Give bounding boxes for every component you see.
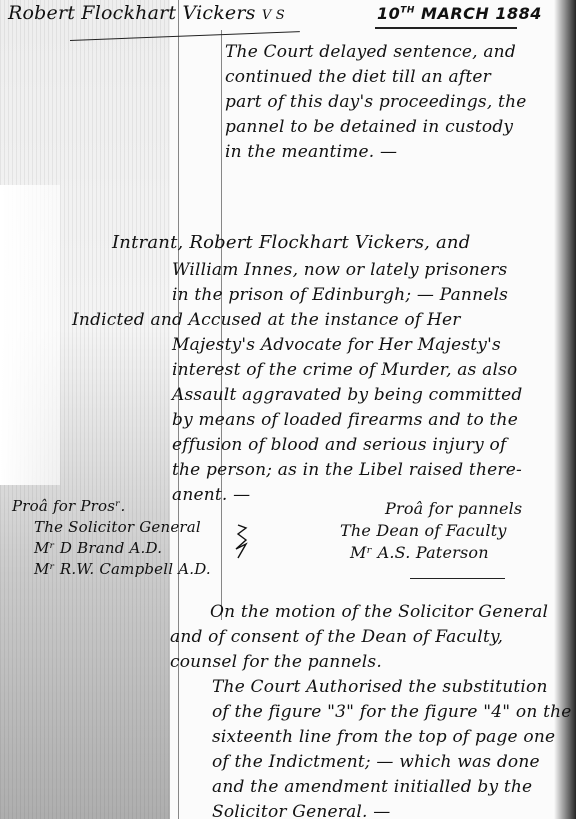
text-line: On the motion of the Solicitor General: [210, 600, 548, 625]
record-date: 10TH MARCH 1884: [377, 4, 542, 23]
date-month-year: MARCH 1884: [421, 4, 542, 23]
text-line: Intrant, Robert Flockhart Vickers, and: [112, 230, 470, 255]
paragraph-delay: The Court delayed sentence, and continue…: [225, 40, 527, 165]
text-line: in the meantime. —: [225, 140, 527, 165]
text-line: pannel to be detained in custody: [225, 115, 527, 140]
text-line: and the amendment initialled by the: [212, 775, 572, 800]
date-day: 10: [377, 4, 400, 23]
defence-heading: Proâ for pannels: [385, 498, 522, 520]
paragraph-indictment-intrant: Intrant, Robert Flockhart Vickers, and: [112, 230, 470, 255]
text-line: Assault aggravated by being committed: [172, 383, 523, 408]
paragraph-amendment: The Court Authorised the substitution of…: [212, 675, 572, 819]
scanned-court-record-page: Robert Flockhart Vickers V S 10TH MARCH …: [0, 0, 576, 819]
case-suffix: V S: [262, 8, 285, 23]
text-line: of the Indictment; — which was done: [212, 750, 572, 775]
text-line: interest of the crime of Murder, as also: [172, 358, 523, 383]
brace-mark-icon: [232, 522, 252, 562]
defence-counsel: Proâ for pannels The Dean of Faculty Mʳ …: [340, 498, 522, 564]
text-line: the person; as in the Libel raised there…: [172, 458, 523, 483]
date-underline: [375, 27, 517, 29]
text-line: counsel for the pannels.: [170, 650, 548, 675]
text-line: part of this day's proceedings, the: [225, 90, 527, 115]
text-line: by means of loaded firearms and to the: [172, 408, 523, 433]
counsel-name: Mʳ A.S. Paterson: [350, 542, 522, 564]
text-line: continued the diet till an after: [225, 65, 527, 90]
text-line: William Innes, now or lately prisoners: [172, 258, 523, 283]
text-line: Indicted and Accused at the instance of …: [72, 308, 523, 333]
text-line: effusion of blood and serious injury of: [172, 433, 523, 458]
counsel-name: The Dean of Faculty: [340, 520, 522, 542]
prosecution-counsel: Proâ for Prosʳ. The Solicitor General Mʳ…: [12, 496, 211, 580]
prosecution-heading: Proâ for Prosʳ.: [12, 496, 211, 517]
case-name: Robert Flockhart Vickers: [8, 2, 256, 24]
paragraph-indictment: William Innes, now or lately prisoners i…: [172, 258, 523, 508]
counsel-name: The Solicitor General: [34, 517, 211, 538]
counsel-name: Mʳ D Brand A.D.: [34, 538, 211, 559]
counsel-divider: [410, 578, 505, 579]
text-line: sixteenth line from the top of page one: [212, 725, 572, 750]
text-line: The Court delayed sentence, and: [225, 40, 527, 65]
date-ordinal: TH: [400, 6, 415, 16]
text-line: of the figure "3" for the figure "4" on …: [212, 700, 572, 725]
text-line: and of consent of the Dean of Faculty,: [170, 625, 548, 650]
text-line: in the prison of Edinburgh; — Pannels: [172, 283, 523, 308]
text-line: Majesty's Advocate for Her Majesty's: [172, 333, 523, 358]
text-line: Solicitor General. —: [212, 800, 572, 819]
text-line: The Court Authorised the substitution: [212, 675, 572, 700]
case-title: Robert Flockhart Vickers V S: [8, 2, 285, 24]
margin-blank: [0, 185, 60, 485]
counsel-name: Mʳ R.W. Campbell A.D.: [34, 559, 211, 580]
paragraph-motion: On the motion of the Solicitor General a…: [170, 600, 548, 675]
